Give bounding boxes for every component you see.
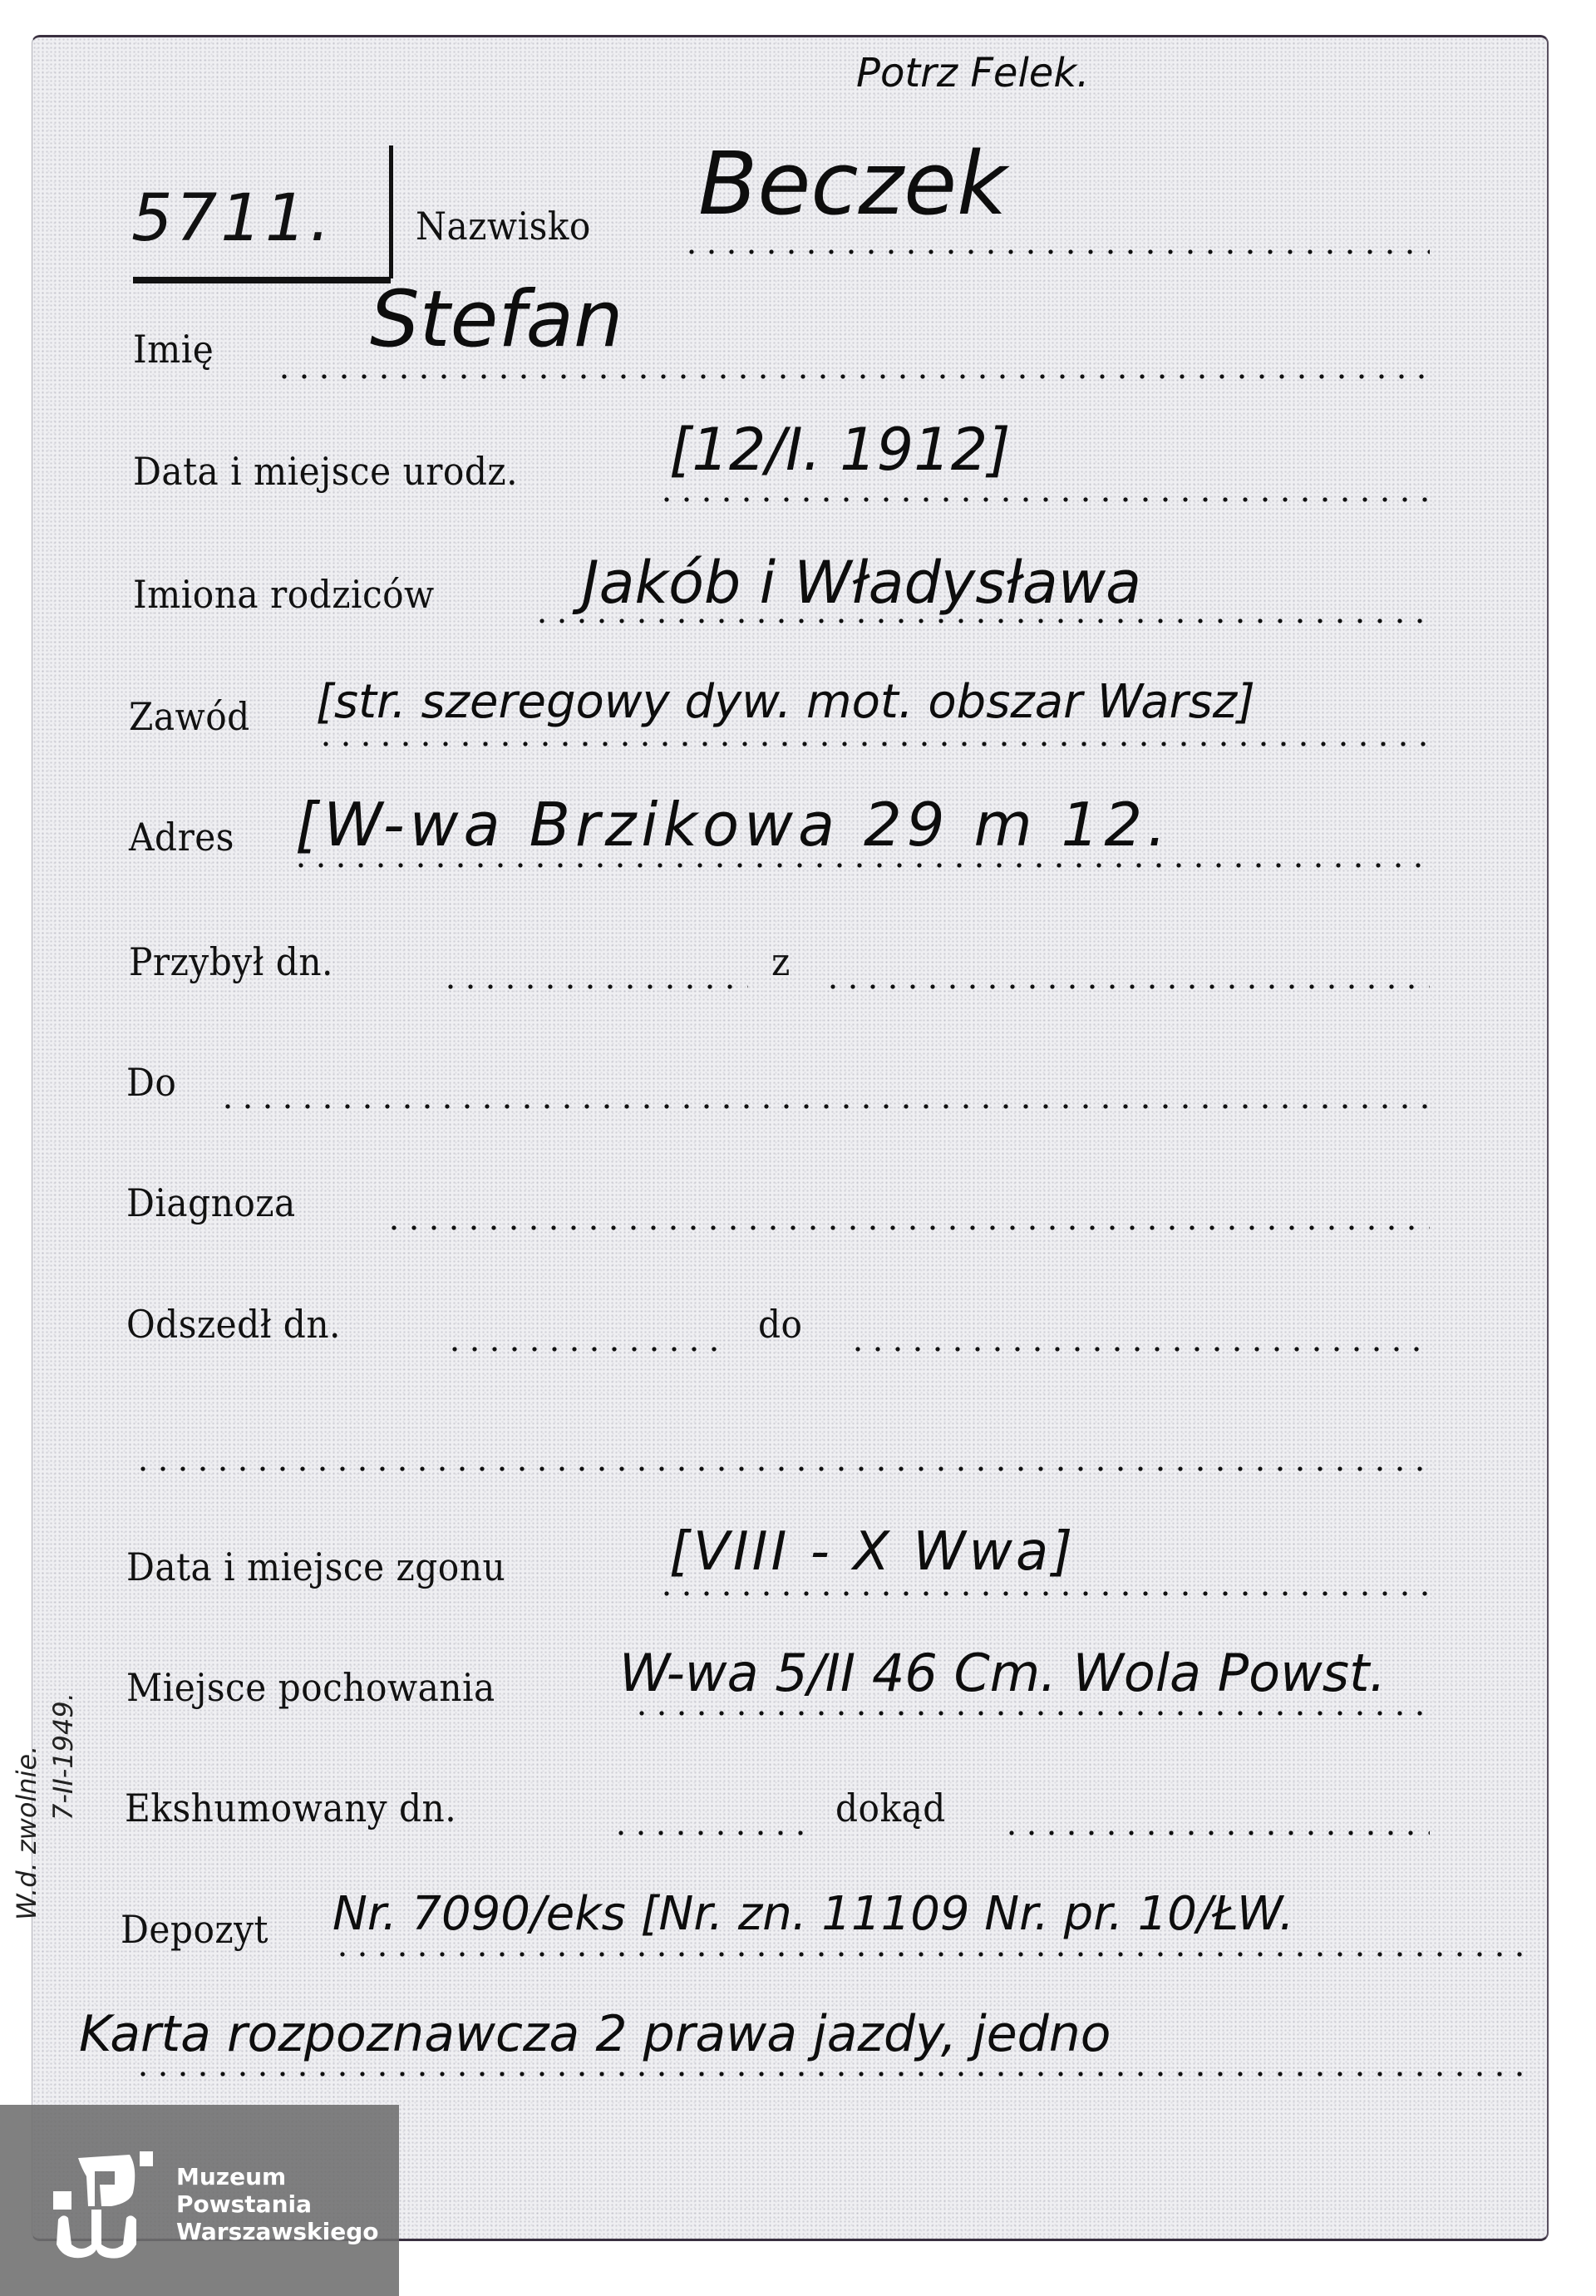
death-label: Data i miejsce zgonu bbox=[126, 1545, 505, 1589]
exhumed-date-line bbox=[611, 1829, 810, 1837]
card-number-underline bbox=[133, 277, 391, 283]
surname-line bbox=[682, 248, 1430, 256]
arrived-date-line bbox=[441, 983, 748, 991]
diagnosis-label: Diagnoza bbox=[126, 1180, 296, 1225]
museum-name-line3: Warszawskiego bbox=[176, 2218, 378, 2245]
burial-line bbox=[632, 1709, 1430, 1717]
museum-name: Muzeum Powstania Warszawskiego bbox=[176, 2163, 378, 2245]
left-to-line bbox=[848, 1345, 1430, 1353]
occupation-line bbox=[316, 740, 1430, 748]
exhumed-where-line bbox=[1002, 1829, 1430, 1837]
deposit-value: Nr. 7090/eks [Nr. zn. 11109 Nr. pr. 10/Ł… bbox=[332, 1887, 1294, 1941]
arrived-from-label: z bbox=[771, 939, 791, 984]
card-number-divider bbox=[389, 145, 393, 278]
death-line bbox=[657, 1589, 1430, 1598]
address-label: Adres bbox=[129, 815, 234, 860]
kotwica-anchor-icon bbox=[53, 2151, 153, 2259]
left-label: Odszedł dn. bbox=[126, 1302, 341, 1347]
death-value: [VIII - X Wwa] bbox=[669, 1521, 1076, 1583]
to-line bbox=[218, 1102, 1430, 1111]
deposit-label: Depozyt bbox=[121, 1907, 268, 1952]
card-number: 5711. bbox=[131, 181, 333, 256]
left-to-label: do bbox=[758, 1302, 802, 1347]
address-line bbox=[291, 861, 1430, 870]
bottom-note: Karta rozpoznawcza 2 prawa jazdy, jedno bbox=[79, 2005, 1111, 2063]
exhumed-where-label: dokąd bbox=[835, 1786, 946, 1830]
birth-label: Data i miejsce urodz. bbox=[133, 449, 518, 494]
arrived-from-line bbox=[823, 983, 1430, 991]
surname-label: Nazwisko bbox=[416, 204, 591, 249]
occupation-value: [str. szeregowy dyw. mot. obszar Warsz] bbox=[316, 675, 1255, 729]
birth-value: [12/I. 1912] bbox=[669, 416, 1011, 484]
occupation-label: Zawód bbox=[129, 694, 250, 739]
burial-value: W-wa 5/II 46 Cm. Wola Powst. bbox=[619, 1643, 1386, 1703]
top-note: Potrz Felek. bbox=[856, 50, 1089, 96]
margin-note: W.d. zwolnie. 7-II-1949. bbox=[8, 1692, 81, 1920]
first-name-value: Stefan bbox=[370, 274, 623, 365]
parents-value: Jakób i Władysława bbox=[582, 549, 1141, 617]
margin-note-line2: 7-II-1949. bbox=[45, 1692, 81, 1920]
deposit-line bbox=[332, 1950, 1529, 1958]
extra-line bbox=[133, 1465, 1430, 1473]
diagnosis-line bbox=[384, 1224, 1430, 1232]
museum-name-line2: Powstania bbox=[176, 2190, 378, 2218]
burial-label: Miejsce pochowania bbox=[126, 1665, 495, 1710]
parents-label: Imiona rodziców bbox=[133, 572, 435, 617]
to-label: Do bbox=[126, 1060, 176, 1105]
surname-value: Beczek bbox=[698, 133, 1007, 234]
first-name-line bbox=[274, 372, 1430, 381]
address-value: [W-wa Brzikowa 29 m 12. bbox=[295, 790, 1171, 860]
birth-line bbox=[657, 495, 1430, 504]
museum-name-line1: Muzeum bbox=[176, 2163, 378, 2190]
arrived-label: Przybył dn. bbox=[129, 939, 333, 984]
museum-watermark: Muzeum Powstania Warszawskiego bbox=[0, 2105, 399, 2296]
parents-line bbox=[532, 617, 1430, 625]
first-name-label: Imię bbox=[133, 327, 214, 372]
left-date-line bbox=[445, 1345, 727, 1353]
bottom-note-line bbox=[133, 2070, 1529, 2078]
exhumed-label: Ekshumowany dn. bbox=[125, 1786, 456, 1830]
margin-note-line1: W.d. zwolnie. bbox=[8, 1692, 45, 1920]
